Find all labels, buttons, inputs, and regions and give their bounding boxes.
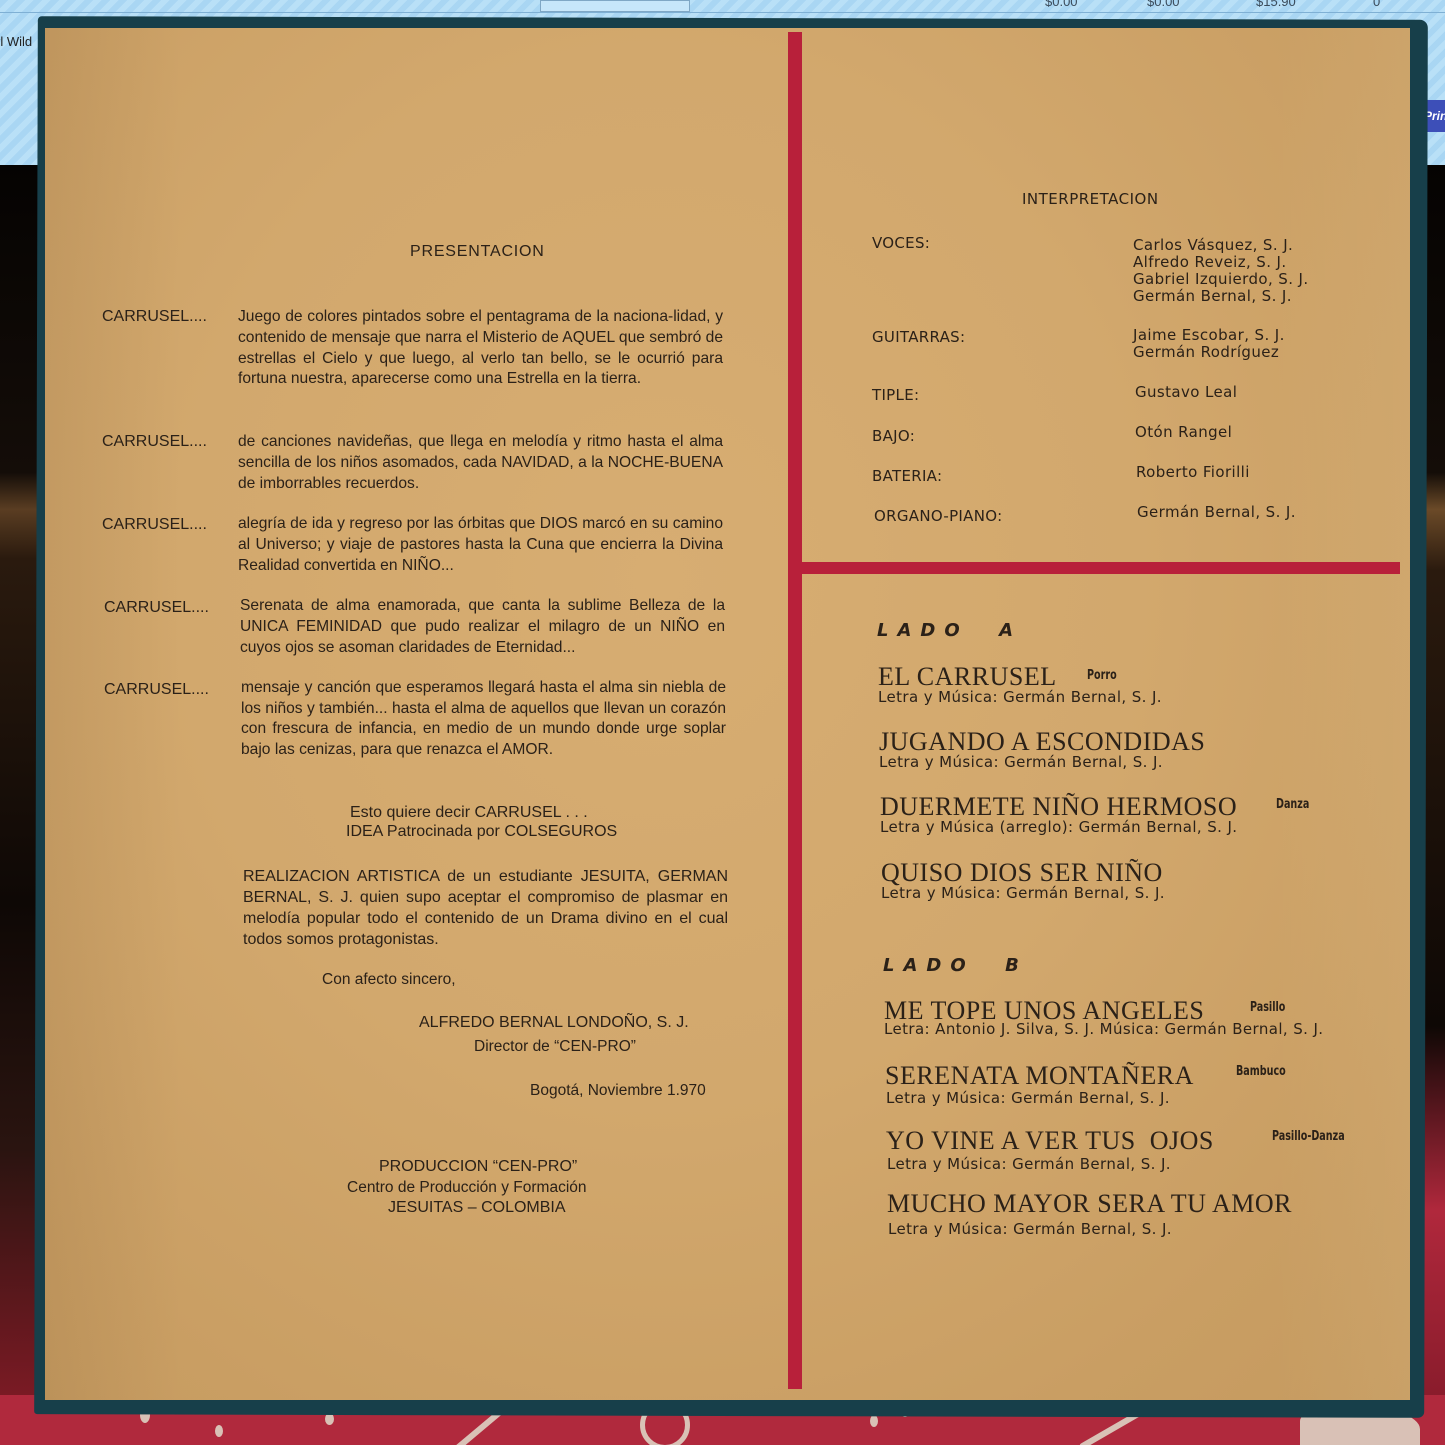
paragraph-label: CARRUSEL.... [104,599,209,617]
song-credit: Letra y Música: Germán Bernal, S. J. [878,688,1162,706]
role-name: Otón Rangel [1135,424,1232,441]
role-name: Gustavo Leal [1135,384,1237,401]
paragraph-text: de canciones navideñas, que llega en mel… [238,432,723,494]
role-name: Gabriel Izquierdo, S. J. [1133,271,1309,288]
role-label: BAJO: [872,427,915,445]
paragraph-label: CARRUSEL.... [104,681,209,699]
role-name: Roberto Fiorilli [1136,464,1250,481]
production-line: PRODUCCION “CEN-PRO” [379,1158,577,1176]
song-credit: Letra y Música (arreglo): Germán Bernal,… [880,818,1237,836]
role-name: Germán Rodríguez [1133,344,1279,361]
interpretacion-title: INTERPRETACION [1022,190,1159,208]
paragraph-text: Serenata de alma enamorada, que canta la… [240,596,725,658]
role-label: TIPLE: [872,386,919,404]
paragraph-text: alegría de ida y regreso por las órbitas… [238,514,723,576]
role-name: Alfredo Reveiz, S. J. [1133,254,1287,271]
signer-name: ALFREDO BERNAL LONDOÑO, S. J. [419,1014,689,1032]
role-name: Germán Bernal, S. J. [1137,504,1296,521]
screen-price: $0.00 [1147,0,1180,9]
song-credit: Letra y Música: Germán Bernal, S. J. [887,1155,1171,1173]
song-credit: Letra: Antonio J. Silva, S. J. Música: G… [884,1020,1323,1038]
presentacion-title: PRESENTACION [410,243,545,261]
song-genre: Porro [1087,668,1117,683]
role-label: BATERIA: [872,467,942,485]
signer-title: Director de “CEN-PRO” [474,1038,636,1056]
song-genre: Bambuco [1236,1064,1286,1079]
song-genre: Pasillo-Danza [1272,1129,1345,1144]
screen-price: $0.00 [1045,0,1078,9]
paragraph-label: CARRUSEL.... [102,433,207,451]
song-title: YO VINE A VER TUS OJOS [886,1126,1214,1156]
role-label: VOCES: [872,234,930,252]
paragraph-text: Juego de colores pintados sobre el penta… [238,307,723,390]
role-name: Carlos Vásquez, S. J. [1133,237,1293,254]
song-credit: Letra y Música: Germán Bernal, S. J. [881,884,1165,902]
side-b-label: LADO B [883,955,1028,976]
role-name: Germán Bernal, S. J. [1133,288,1292,305]
sponsor-line: IDEA Patrocinada por COLSEGUROS [346,823,617,841]
meaning-line: Esto quiere decir CARRUSEL . . . [350,804,588,822]
song-genre: Pasillo [1250,1000,1285,1015]
song-credit: Letra y Música: Germán Bernal, S. J. [886,1089,1170,1107]
production-org: JESUITAS – COLOMBIA [388,1199,566,1217]
role-label: GUITARRAS: [872,328,965,346]
role-label: ORGANO-PIANO: [874,507,1002,525]
production-center: Centro de Producción y Formación [347,1179,587,1197]
paragraph-label: CARRUSEL.... [102,516,207,534]
screen-count: 0 [1373,0,1380,9]
closing-line: Con afecto sincero, [322,971,456,989]
paragraph-label: CARRUSEL.... [102,308,207,326]
song-genre: Danza [1276,797,1309,812]
role-name: Jaime Escobar, S. J. [1133,327,1285,344]
side-a-label: LADO A [877,620,1022,641]
song-title: SERENATA MONTAÑERA [885,1061,1194,1091]
song-credit: Letra y Música: Germán Bernal, S. J. [888,1220,1172,1238]
red-horizontal-divider [796,562,1400,574]
screen-row-divider [0,0,1445,13]
screen-price: $15.90 [1256,0,1296,9]
paragraph-text: mensaje y canción que esperamos llegará … [241,678,726,760]
song-credit: Letra y Música: Germán Bernal, S. J. [879,753,1163,771]
realizacion-text: REALIZACION ARTISTICA de un estudiante J… [243,866,728,950]
screen-cut-label: rl Wild [0,34,32,49]
red-vertical-divider [788,32,802,1389]
song-title: MUCHO MAYOR SERA TU AMOR [887,1189,1292,1219]
screen-field-box [540,0,690,12]
place-date: Bogotá, Noviembre 1.970 [530,1082,706,1100]
